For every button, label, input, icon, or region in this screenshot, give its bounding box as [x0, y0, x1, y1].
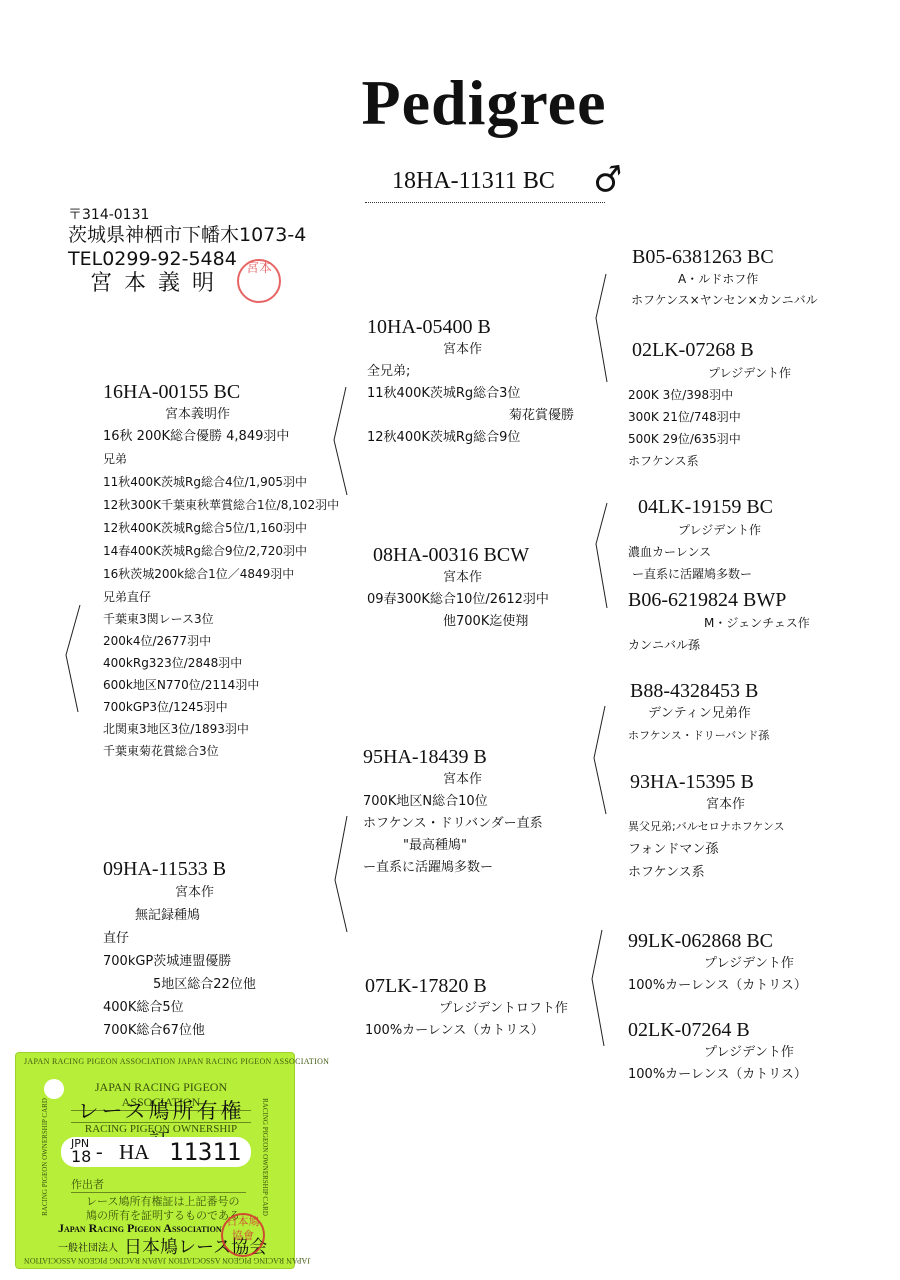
dam-note: 700kGP茨城連盟優勝 — [103, 950, 256, 973]
bird-breeder: M・ジェンチェス作 — [628, 612, 810, 634]
bird-note: 09春300K総合10位/2612羽中 — [367, 589, 549, 611]
card-footer-jp-small: 一般社団法人 — [58, 1239, 118, 1254]
sire-note: 14春400K茨城Rg総合9位/2,720羽中 — [103, 540, 339, 563]
bird-ring: 93HA-15395 B — [630, 771, 785, 794]
bird-note: フォンドマン孫 — [628, 838, 785, 862]
dam-ring: 09HA-11533 B — [103, 858, 256, 881]
bird-note: ホフケンス・ドリバンダー直系 — [363, 813, 543, 835]
bird-note: 100%カーレンス（カトリス） — [628, 975, 807, 997]
bird-note: 11秋400K茨城Rg総合3位 — [367, 383, 574, 405]
grandsire-maternal-entry: 95HA-18439 B 宮本作 700K地区N総合10位 ホフケンス・ドリバン… — [363, 746, 543, 879]
bird-note: 12秋400K茨城Rg総合9位 — [367, 427, 574, 449]
sire-breeder: 宮本義明作 — [103, 404, 339, 426]
bird-breeder: 宮本作 — [363, 769, 543, 791]
great-grandparent-entry-5: B88-4328453 B デンティン兄弟作 ホフケンス・ドリーバンド孫 — [630, 680, 769, 747]
bird-ring: 95HA-18439 B — [363, 746, 543, 769]
bird-breeder: プレジデント作 — [628, 1042, 807, 1064]
card-top-band: JAPAN RACING PIGEON ASSOCIATION JAPAN RA… — [24, 1057, 329, 1066]
sire-note: 12秋300K千葉東秋華賞総合1位/8,102羽中 — [103, 494, 339, 517]
bird-ring: 04LK-19159 BC — [638, 496, 773, 519]
great-grandparent-entry-7: 99LK-062868 BC プレジデント作 100%カーレンス（カトリス） — [628, 930, 807, 997]
bird-ring: 02LK-07268 B — [632, 339, 791, 362]
bird-note: 全兄弟; — [367, 361, 574, 383]
great-grandparent-entry-1: B05-6381263 BC A・ルドホフ作 ホフケンス×ヤンセン×カンニバル — [632, 246, 818, 311]
bird-note: 200K 3位/398羽中 — [628, 384, 791, 406]
plate-number: 11311 — [169, 1138, 241, 1166]
bird-note: ホフケンス系 — [628, 862, 785, 884]
bird-note: 700K地区N総合10位 — [363, 791, 543, 813]
plate-year: 18 — [71, 1149, 91, 1165]
grandsire-paternal-entry: 10HA-05400 B 宮本作 全兄弟; 11秋400K茨城Rg総合3位 菊花… — [367, 316, 574, 449]
association-seal-stamp: 日本鳩協會 — [221, 1213, 265, 1257]
card-side-text-left: RACING PIGEON OWNERSHIP CARD — [41, 1098, 49, 1216]
sire-entry: 16HA-00155 BC 宮本義明作 16秋 200K総合優勝 4,849羽中… — [103, 381, 339, 762]
bird-ring: 08HA-00316 BCW — [373, 544, 549, 567]
plate-prefix: HA — [119, 1140, 149, 1165]
sire-note: 11秋400K茨城Rg総合4位/1,905羽中 — [103, 471, 339, 494]
card-punch-hole — [44, 1079, 64, 1099]
granddam-maternal-entry: 07LK-17820 B プレジデントロフト作 100%カーレンス（カトリス） — [365, 975, 568, 1042]
bird-ring: B06-6219824 BWP — [628, 589, 810, 612]
card-side-text-right: RACING PIGEON OWNERSHIP CARD — [261, 1098, 269, 1216]
bird-note: 100%カーレンス（カトリス） — [365, 1020, 568, 1042]
bird-note: ー直系に活躍鳩多数ー — [632, 563, 773, 585]
great-grandparent-entry-3: 04LK-19159 BC プレジデント作 濃血カーレンス ー直系に活躍鳩多数ー — [638, 496, 773, 585]
dam-breeder: 宮本作 — [103, 881, 256, 904]
plate-dash: - — [96, 1141, 103, 1164]
sire-note: 兄弟 — [103, 448, 339, 471]
bird-note: 異父兄弟;バルセロナホフケンス — [628, 816, 785, 838]
sire-note: 千葉東菊花賞総合3位 — [103, 740, 339, 762]
bird-ring: B05-6381263 BC — [632, 246, 818, 269]
bird-note: ホフケンス系 — [628, 450, 791, 472]
bird-note: ー直系に活躍鳩多数ー — [363, 857, 543, 879]
bird-breeder: A・ルドホフ作 — [632, 269, 818, 289]
bird-breeder: プレジデントロフト作 — [365, 998, 568, 1020]
bird-ring: B88-4328453 B — [630, 680, 769, 703]
sire-ring: 16HA-00155 BC — [103, 381, 339, 404]
bird-breeder: プレジデント作 — [638, 519, 773, 541]
sire-note: 12秋400K茨城Rg総合5位/1,160羽中 — [103, 517, 339, 540]
granddam-paternal-entry: 08HA-00316 BCW 宮本作 09春300K総合10位/2612羽中 他… — [373, 544, 549, 633]
bird-note: ホフケンス・ドリーバンド孫 — [628, 725, 769, 747]
bird-note: 100%カーレンス（カトリス） — [628, 1064, 807, 1086]
bird-ring: 07LK-17820 B — [365, 975, 568, 998]
dam-note: 700K総合67位他 — [103, 1019, 256, 1042]
dam-entry: 09HA-11533 B 宮本作 無記録種鳩 直仔 700kGP茨城連盟優勝 5… — [103, 858, 256, 1042]
dam-note: 5地区総合22位他 — [103, 973, 256, 996]
sire-note: 700kGP3位/1245羽中 — [103, 696, 339, 718]
dam-note: 無記録種鳩 — [103, 904, 256, 927]
bird-note: カンニバル孫 — [628, 634, 810, 656]
bird-note: 濃血カーレンス — [628, 541, 773, 563]
bird-ring: 02LK-07264 B — [628, 1019, 807, 1042]
bird-ring: 10HA-05400 B — [367, 316, 574, 339]
bird-note: 他700K迄使翔 — [373, 611, 549, 633]
bird-breeder: デンティン兄弟作 — [630, 703, 769, 725]
bird-note: 菊花賞優勝 — [367, 405, 574, 427]
bird-breeder: プレジデント作 — [632, 362, 791, 384]
great-grandparent-entry-4: B06-6219824 BWP M・ジェンチェス作 カンニバル孫 — [628, 589, 810, 656]
sire-note: 200k4位/2677羽中 — [103, 630, 339, 652]
bird-breeder: 宮本作 — [373, 567, 549, 589]
sire-note: 16秋茨城200k総合1位／4849羽中 — [103, 563, 339, 586]
ring-number-plate: JPN 18 - HA 11311 — [61, 1137, 251, 1167]
bird-breeder: プレジデント作 — [628, 953, 807, 975]
bird-note: 300K 21位/748羽中 — [628, 406, 791, 428]
dam-note: 直仔 — [103, 927, 256, 950]
bird-note: ホフケンス×ヤンセン×カンニバル — [631, 289, 818, 311]
bird-note: "最高種鳩" — [363, 835, 543, 857]
great-grandparent-entry-8: 02LK-07264 B プレジデント作 100%カーレンス（カトリス） — [628, 1019, 807, 1086]
bird-note: 500K 29位/635羽中 — [628, 428, 791, 450]
sire-note: 兄弟直仔 — [103, 586, 339, 608]
sire-note: 400kRg323位/2848羽中 — [103, 652, 339, 674]
sire-note: 千葉東3関レース3位 — [103, 608, 339, 630]
bird-breeder: 宮本作 — [367, 339, 574, 361]
bird-breeder: 宮本作 — [630, 794, 785, 816]
sire-note: 16秋 200K総合優勝 4,849羽中 — [103, 426, 339, 448]
great-grandparent-entry-6: 93HA-15395 B 宮本作 異父兄弟;バルセロナホフケンス フォンドマン孫… — [630, 771, 785, 884]
sire-note: 北関東3地区3位/1893羽中 — [103, 718, 339, 740]
dam-note: 400K総合5位 — [103, 996, 256, 1019]
ownership-card: JAPAN RACING PIGEON ASSOCIATION JAPAN RA… — [15, 1052, 295, 1269]
card-bottom-band: JAPAN RACING PIGEON ASSOCIATION JAPAN RA… — [24, 1256, 310, 1265]
card-issuer-label: 作出者 — [71, 1176, 246, 1193]
bird-ring: 99LK-062868 BC — [628, 930, 807, 953]
great-grandparent-entry-2: 02LK-07268 B プレジデント作 200K 3位/398羽中 300K … — [632, 339, 791, 472]
sire-note: 600k地区N770位/2114羽中 — [103, 674, 339, 696]
